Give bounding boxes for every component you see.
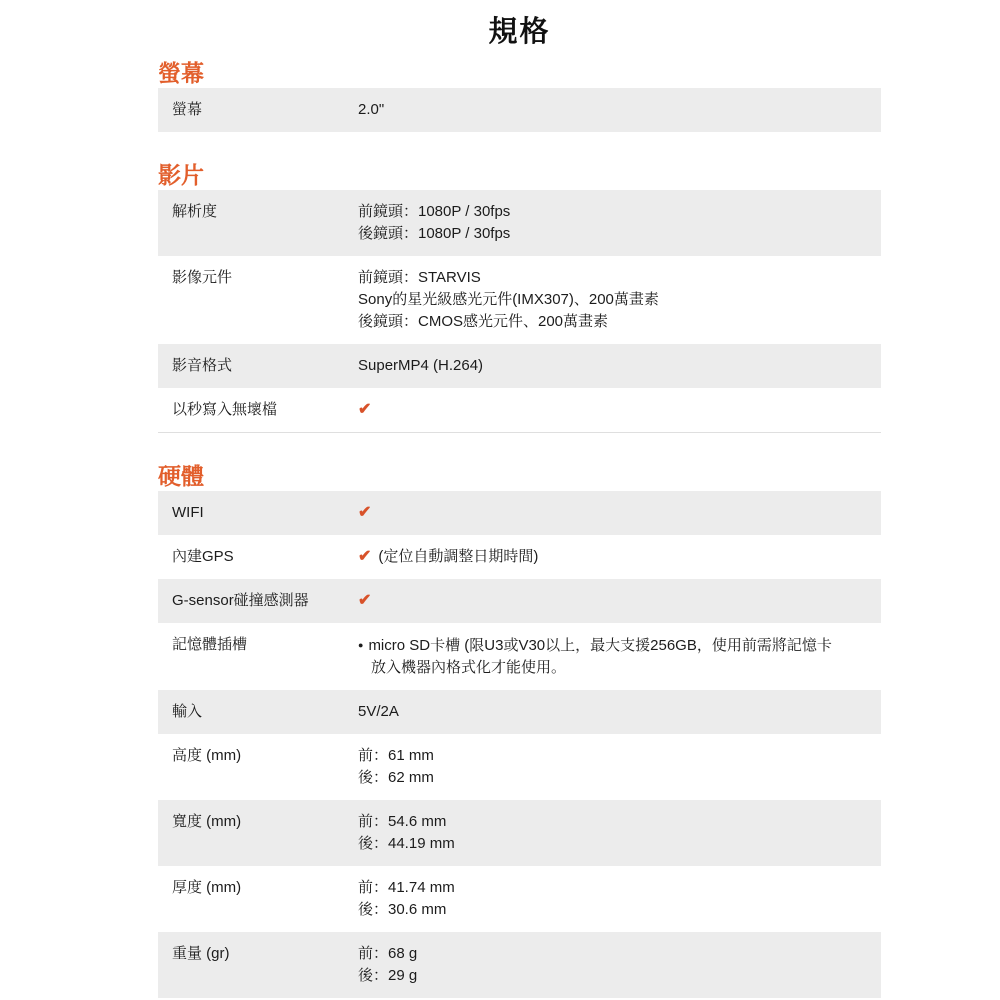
spec-value-line: 後鏡頭：CMOS感光元件、200萬畫素 [358, 311, 871, 333]
spec-label: 重量 (gr) [158, 943, 358, 987]
spec-label: WIFI [158, 502, 358, 524]
spec-value-line: 前：41.74 mm [358, 877, 871, 899]
section-video: 影片 解析度 前鏡頭：1080P / 30fps 後鏡頭：1080P / 30f… [158, 162, 881, 433]
spec-value-line: 後：44.19 mm [358, 833, 871, 855]
spec-value-line: 後：30.6 mm [358, 899, 871, 921]
page-title: 規格 [158, 14, 881, 50]
spec-label: 寬度 (mm) [158, 811, 358, 855]
spec-row: 記憶體插槽 ●micro SD卡槽 (限U3或V30以上，最大支援256GB，使… [158, 623, 881, 690]
spec-value: 前：41.74 mm 後：30.6 mm [358, 877, 881, 921]
spec-value: 2.0" [358, 99, 881, 121]
spec-value: 前鏡頭：1080P / 30fps 後鏡頭：1080P / 30fps [358, 201, 881, 245]
check-icon: ✔ [358, 548, 371, 565]
spec-value: 前鏡頭：STARVIS Sony的星光級感光元件(IMX307)、200萬畫素 … [358, 267, 881, 333]
spec-page: 規格 螢幕 螢幕 2.0" 影片 解析度 前鏡頭：1080P / 30fps 後… [158, 0, 881, 998]
spec-value: 前：54.6 mm 後：44.19 mm [358, 811, 881, 855]
spec-value-line: 前：68 g [358, 943, 871, 965]
spec-row: G-sensor碰撞感測器 ✔ [158, 579, 881, 623]
spec-row: 厚度 (mm) 前：41.74 mm 後：30.6 mm [158, 866, 881, 932]
spec-label: 記憶體插槽 [158, 634, 358, 679]
spec-value-line: ●micro SD卡槽 (限U3或V30以上，最大支援256GB，使用前需將記憶… [358, 634, 871, 657]
spec-label: 高度 (mm) [158, 745, 358, 789]
spec-label: 內建GPS [158, 546, 358, 568]
spec-row: 重量 (gr) 前：68 g 後：29 g [158, 932, 881, 998]
spec-value: 5V/2A [358, 701, 881, 723]
spec-value-line: 2.0" [358, 99, 871, 121]
spec-label: 影音格式 [158, 355, 358, 377]
spec-value-line: 後鏡頭：1080P / 30fps [358, 223, 871, 245]
section-heading: 硬體 [158, 463, 881, 489]
spec-value: ✔ [358, 502, 881, 524]
spec-value: ✔ [358, 590, 881, 612]
spec-value-line: Sony的星光級感光元件(IMX307)、200萬畫素 [358, 289, 871, 311]
spec-value-line: 5V/2A [358, 701, 871, 723]
spec-value-line: SuperMP4 (H.264) [358, 355, 871, 377]
spec-label: 影像元件 [158, 267, 358, 333]
section-screen: 螢幕 螢幕 2.0" [158, 60, 881, 132]
spec-row: 輸入 5V/2A [158, 690, 881, 734]
spec-value-line: 前鏡頭：1080P / 30fps [358, 201, 871, 223]
spec-row: WIFI ✔ [158, 491, 881, 535]
spec-row: 高度 (mm) 前：61 mm 後：62 mm [158, 734, 881, 800]
spec-value: ●micro SD卡槽 (限U3或V30以上，最大支援256GB，使用前需將記憶… [358, 634, 881, 679]
spec-row: 影像元件 前鏡頭：STARVIS Sony的星光級感光元件(IMX307)、20… [158, 256, 881, 344]
spec-row: 寬度 (mm) 前：54.6 mm 後：44.19 mm [158, 800, 881, 866]
section-heading: 螢幕 [158, 60, 881, 86]
spec-value: 前：61 mm 後：62 mm [358, 745, 881, 789]
spec-row: 螢幕 2.0" [158, 88, 881, 132]
spec-value: 前：68 g 後：29 g [358, 943, 881, 987]
spec-value-line: 後：29 g [358, 965, 871, 987]
spec-label: 以秒寫入無壞檔 [158, 399, 358, 421]
spec-row: 以秒寫入無壞檔 ✔ [158, 388, 881, 433]
spec-label: 螢幕 [158, 99, 358, 121]
spec-label: 解析度 [158, 201, 358, 245]
section-heading: 影片 [158, 162, 881, 188]
check-icon: ✔ [358, 401, 371, 418]
check-icon: ✔ [358, 592, 371, 609]
spec-label: 輸入 [158, 701, 358, 723]
check-note: (定位自動調整日期時間) [378, 548, 538, 565]
check-icon: ✔ [358, 504, 371, 521]
bullet-icon: ● [358, 640, 363, 650]
spec-value-line: 前：61 mm [358, 745, 871, 767]
spec-value: SuperMP4 (H.264) [358, 355, 881, 377]
spec-row: 影音格式 SuperMP4 (H.264) [158, 344, 881, 388]
spec-value-text: micro SD卡槽 (限U3或V30以上，最大支援256GB，使用前需將記憶卡 [368, 637, 831, 654]
spec-row: 內建GPS ✔(定位自動調整日期時間) [158, 535, 881, 579]
spec-value-line: 前：54.6 mm [358, 811, 871, 833]
spec-row: 解析度 前鏡頭：1080P / 30fps 後鏡頭：1080P / 30fps [158, 190, 881, 256]
spec-value: ✔(定位自動調整日期時間) [358, 546, 881, 568]
spec-value-line: 後：62 mm [358, 767, 871, 789]
spec-value: ✔ [358, 399, 881, 421]
section-hardware: 硬體 WIFI ✔ 內建GPS ✔(定位自動調整日期時間) G-sensor碰撞… [158, 463, 881, 998]
spec-label: G-sensor碰撞感測器 [158, 590, 358, 612]
spec-value-line: 放入機器內格式化才能使用。 [358, 657, 871, 679]
spec-label: 厚度 (mm) [158, 877, 358, 921]
spec-value-line: 前鏡頭：STARVIS [358, 267, 871, 289]
